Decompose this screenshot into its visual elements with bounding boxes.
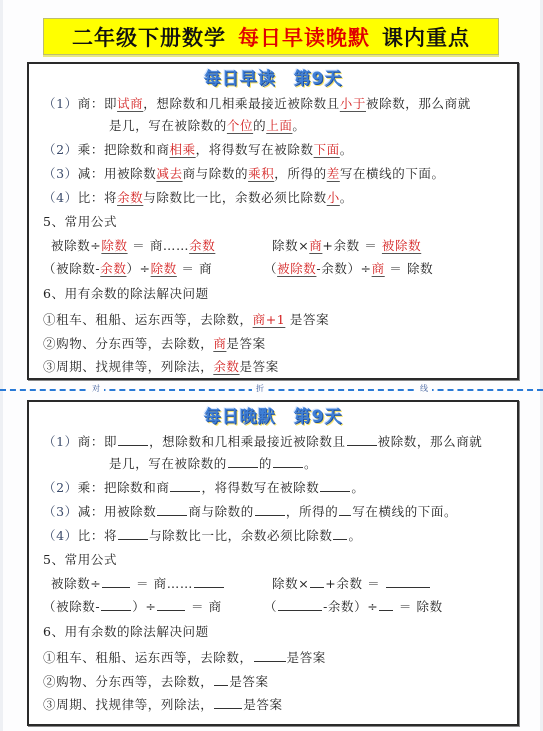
item-number: （4） <box>43 190 78 205</box>
text: ③周期、找规律等，列除法， <box>43 359 213 374</box>
text: 减：用被除数 <box>78 504 157 519</box>
text: ，想除数和几相乘最接近被除数且 <box>149 434 346 449</box>
title-key-points: 课内重点 <box>382 22 470 52</box>
text: -余数）÷ <box>323 599 378 614</box>
rule-quotient-cont: 是几，写在被除数的的。 <box>109 454 317 472</box>
fill-blank[interactable] <box>102 575 130 588</box>
item-number: （2） <box>43 142 78 157</box>
fill-blank[interactable] <box>214 696 242 709</box>
rule-quotient: （1）商：即试商，想除数和几相乘最接近被除数且小于被除数，那么商就 <box>43 94 471 112</box>
section-formulas-heading: 5、常用公式 <box>43 550 117 568</box>
item-number: （1） <box>43 96 78 111</box>
text: 是几，写在被除数的 <box>109 118 227 133</box>
formula-1: 被除数÷除数 ＝ 商……余数 <box>51 236 215 254</box>
fill-blank[interactable] <box>170 479 200 492</box>
item-number: （3） <box>43 504 78 519</box>
page-title-banner: 二年级下册数学 每日早读晚默 课内重点 <box>43 18 499 55</box>
text: -余数）÷ <box>316 261 371 276</box>
morning-card-title: 每日早读第9天 <box>29 67 517 91</box>
text: 商：即 <box>78 434 117 449</box>
item-number: （4） <box>43 528 78 543</box>
answer-highlight: 相乘 <box>169 142 195 157</box>
text: ）÷ <box>132 599 156 614</box>
fill-blank[interactable] <box>310 575 324 588</box>
text: ）÷ <box>126 261 150 276</box>
answer-highlight: 小 <box>327 190 340 205</box>
text: ③周期、找规律等，列除法， <box>43 697 213 712</box>
text: ①租车、租船、运东西等，去除数， <box>43 650 253 665</box>
rule-subtract: （3）减：用被除数减去商与除数的乘积，所得的差写在横线的下面。 <box>43 164 445 182</box>
morning-title-label: 每日早读 <box>204 69 276 89</box>
item-number: （1） <box>43 434 78 449</box>
fold-label: 线 <box>416 383 432 395</box>
text: 。 <box>348 528 361 543</box>
section-problems-heading: 6、用有余数的除法解决问题 <box>43 284 209 302</box>
answer-highlight: 商 <box>213 336 226 351</box>
fill-blank[interactable] <box>118 433 148 446</box>
text: 。 <box>340 190 353 205</box>
section-problems-heading: 6、用有余数的除法解决问题 <box>43 622 209 640</box>
day-label: 第9天 <box>294 407 343 427</box>
evening-card-title: 每日晚默第9天 <box>29 405 517 429</box>
text: 写在横线的下面。 <box>352 504 457 519</box>
text: 是答案 <box>229 674 268 689</box>
text: +余数 ＝ <box>322 238 382 253</box>
text: （ <box>264 599 277 614</box>
page-edge-left <box>0 0 3 731</box>
text: 是答案 <box>290 312 329 327</box>
text: 是答案 <box>287 650 326 665</box>
rule-quotient-cont: 是几，写在被除数的个位的上面。 <box>109 116 306 134</box>
text: 被除数÷ <box>51 238 101 253</box>
answer-highlight: 差 <box>327 166 340 181</box>
fill-blank[interactable] <box>320 479 350 492</box>
text: （被除数- <box>43 599 100 614</box>
text: 比：将 <box>78 528 117 543</box>
text: 被除数，那么商就 <box>378 434 483 449</box>
text: 减：用被除数 <box>78 166 157 181</box>
morning-reading-card: 每日早读第9天 （1）商：即试商，想除数和几相乘最接近被除数且小于被除数，那么商… <box>27 62 519 380</box>
fill-blank[interactable] <box>214 673 228 686</box>
text: 是答案 <box>240 359 279 374</box>
item-number: （3） <box>43 166 78 181</box>
answer-highlight: 商 <box>309 238 322 253</box>
fold-line: 对 折 线 <box>0 383 543 395</box>
text: 。 <box>292 118 305 133</box>
text: +余数 ＝ <box>325 576 385 591</box>
answer-highlight: 下面 <box>314 142 340 157</box>
text: 是答案 <box>243 697 282 712</box>
text: ＝ 商…… <box>131 576 193 591</box>
text: （被除数- <box>43 261 100 276</box>
text: 商与除数的 <box>188 504 254 519</box>
fill-blank[interactable] <box>118 527 148 540</box>
answer-highlight: 余数 <box>213 359 239 374</box>
rule-multiply: （2）乘：把除数和商相乘，将得数写在被除数下面。 <box>43 140 353 158</box>
text: ＝ 除数 <box>385 261 433 276</box>
formula-2: 除数×+余数 ＝ <box>272 574 431 592</box>
rule-compare: （4）比：将与除数比一比，余数必须比除数。 <box>43 526 362 544</box>
item-number: （2） <box>43 480 78 495</box>
text: 。 <box>304 456 317 471</box>
formula-2: 除数×商+余数 ＝ 被除数 <box>272 236 421 254</box>
text: ，将得数写在被除数 <box>201 480 319 495</box>
fill-blank[interactable] <box>254 649 286 662</box>
text: 除数× <box>272 238 309 253</box>
answer-highlight: 被除数 <box>382 238 421 253</box>
problem-type-1: ①租车、租船、运东西等，去除数，是答案 <box>43 648 326 666</box>
fill-blank[interactable] <box>339 503 351 516</box>
answer-highlight: 除数 <box>151 261 177 276</box>
fill-blank[interactable] <box>333 527 347 540</box>
text: （ <box>264 261 277 276</box>
text: 比：将 <box>78 190 117 205</box>
text: 与除数比一比，余数必须比除数 <box>143 190 326 205</box>
text: ，所得的 <box>286 504 338 519</box>
title-grade-subject: 二年级下册数学 <box>72 22 226 52</box>
answer-highlight: 余数 <box>117 190 143 205</box>
fill-blank[interactable] <box>255 503 285 516</box>
answer-highlight: 除数 <box>101 238 127 253</box>
answer-highlight: 余数 <box>189 238 215 253</box>
text: 被除数，那么商就 <box>366 96 471 111</box>
problem-type-1: ①租车、租船、运东西等，去除数，商+1 是答案 <box>43 310 329 328</box>
formula-1: 被除数÷ ＝ 商…… <box>51 574 225 592</box>
answer-highlight: 商 <box>372 261 385 276</box>
text: ①租车、租船、运东西等，去除数， <box>43 312 253 327</box>
text: 写在横线的下面。 <box>340 166 445 181</box>
answer-highlight: 上面 <box>266 118 292 133</box>
fill-blank[interactable] <box>278 598 322 611</box>
text: 与除数比一比，余数必须比除数 <box>149 528 332 543</box>
text: ②购物、分东西等，去除数， <box>43 674 213 689</box>
text: 商与除数的 <box>183 166 249 181</box>
text: 是答案 <box>226 336 265 351</box>
fill-blank[interactable] <box>194 575 224 588</box>
text: 。 <box>351 480 364 495</box>
dashed-line <box>0 389 543 391</box>
formula-3: （被除数-）÷ ＝ 商 <box>43 597 222 615</box>
formula-3: （被除数-余数）÷除数 ＝ 商 <box>43 259 212 277</box>
fill-blank[interactable] <box>379 598 393 611</box>
rule-compare: （4）比：将余数与除数比一比，余数必须比除数小。 <box>43 188 353 206</box>
text: ＝ 商 <box>177 261 212 276</box>
answer-highlight: 乘积 <box>248 166 274 181</box>
problem-type-3: ③周期、找规律等，列除法，余数是答案 <box>43 357 279 375</box>
fill-blank[interactable] <box>228 455 258 468</box>
answer-highlight: 减去 <box>156 166 182 181</box>
answer-highlight: 余数 <box>100 261 126 276</box>
fill-blank[interactable] <box>347 433 377 446</box>
text: ②购物、分东西等，去除数， <box>43 336 213 351</box>
text: 除数× <box>272 576 309 591</box>
fold-label: 折 <box>252 383 268 395</box>
problem-type-2: ②购物、分东西等，去除数，是答案 <box>43 672 269 690</box>
answer-highlight: 试商 <box>117 96 143 111</box>
rule-multiply: （2）乘：把除数和商，将得数写在被除数。 <box>43 478 364 496</box>
text: 乘：把除数和商 <box>78 480 170 495</box>
answer-highlight: 个位 <box>227 118 253 133</box>
evening-dictation-card: 每日晚默第9天 （1）商：即，想除数和几相乘最接近被除数且被除数，那么商就 是几… <box>27 400 519 726</box>
answer-highlight: 被除数 <box>277 261 316 276</box>
problem-type-2: ②购物、分东西等，去除数，商是答案 <box>43 334 266 352</box>
rule-quotient: （1）商：即，想除数和几相乘最接近被除数且被除数，那么商就 <box>43 432 482 450</box>
problem-type-3: ③周期、找规律等，列除法，是答案 <box>43 695 283 713</box>
fill-blank[interactable] <box>157 503 187 516</box>
fill-blank[interactable] <box>157 598 185 611</box>
text: ，所得的 <box>274 166 326 181</box>
answer-highlight: 商+1 <box>253 312 286 327</box>
fold-label: 对 <box>88 383 104 395</box>
formula-4: （被除数-余数）÷商 ＝ 除数 <box>264 259 433 277</box>
text: 被除数÷ <box>51 576 101 591</box>
text: 的 <box>253 118 266 133</box>
text: 。 <box>340 142 353 157</box>
text: 是几，写在被除数的 <box>109 456 227 471</box>
text: ＝ 商…… <box>128 238 190 253</box>
fill-blank[interactable] <box>273 455 303 468</box>
answer-highlight: 小于 <box>340 96 366 111</box>
rule-subtract: （3）减：用被除数商与除数的，所得的写在横线的下面。 <box>43 502 457 520</box>
text: ，想除数和几相乘最接近被除数且 <box>143 96 340 111</box>
formula-4: （-余数）÷ ＝ 除数 <box>264 597 443 615</box>
fill-blank[interactable] <box>101 598 131 611</box>
text: ＝ 除数 <box>394 599 442 614</box>
text: ，将得数写在被除数 <box>196 142 314 157</box>
text: 乘：把除数和商 <box>78 142 170 157</box>
title-daily-read: 每日早读晚默 <box>238 22 370 52</box>
section-formulas-heading: 5、常用公式 <box>43 212 117 230</box>
evening-title-label: 每日晚默 <box>204 407 276 427</box>
text: ＝ 商 <box>186 599 221 614</box>
fill-blank[interactable] <box>386 575 430 588</box>
text: 商：即 <box>78 96 117 111</box>
text: 的 <box>259 456 272 471</box>
day-label: 第9天 <box>294 69 343 89</box>
